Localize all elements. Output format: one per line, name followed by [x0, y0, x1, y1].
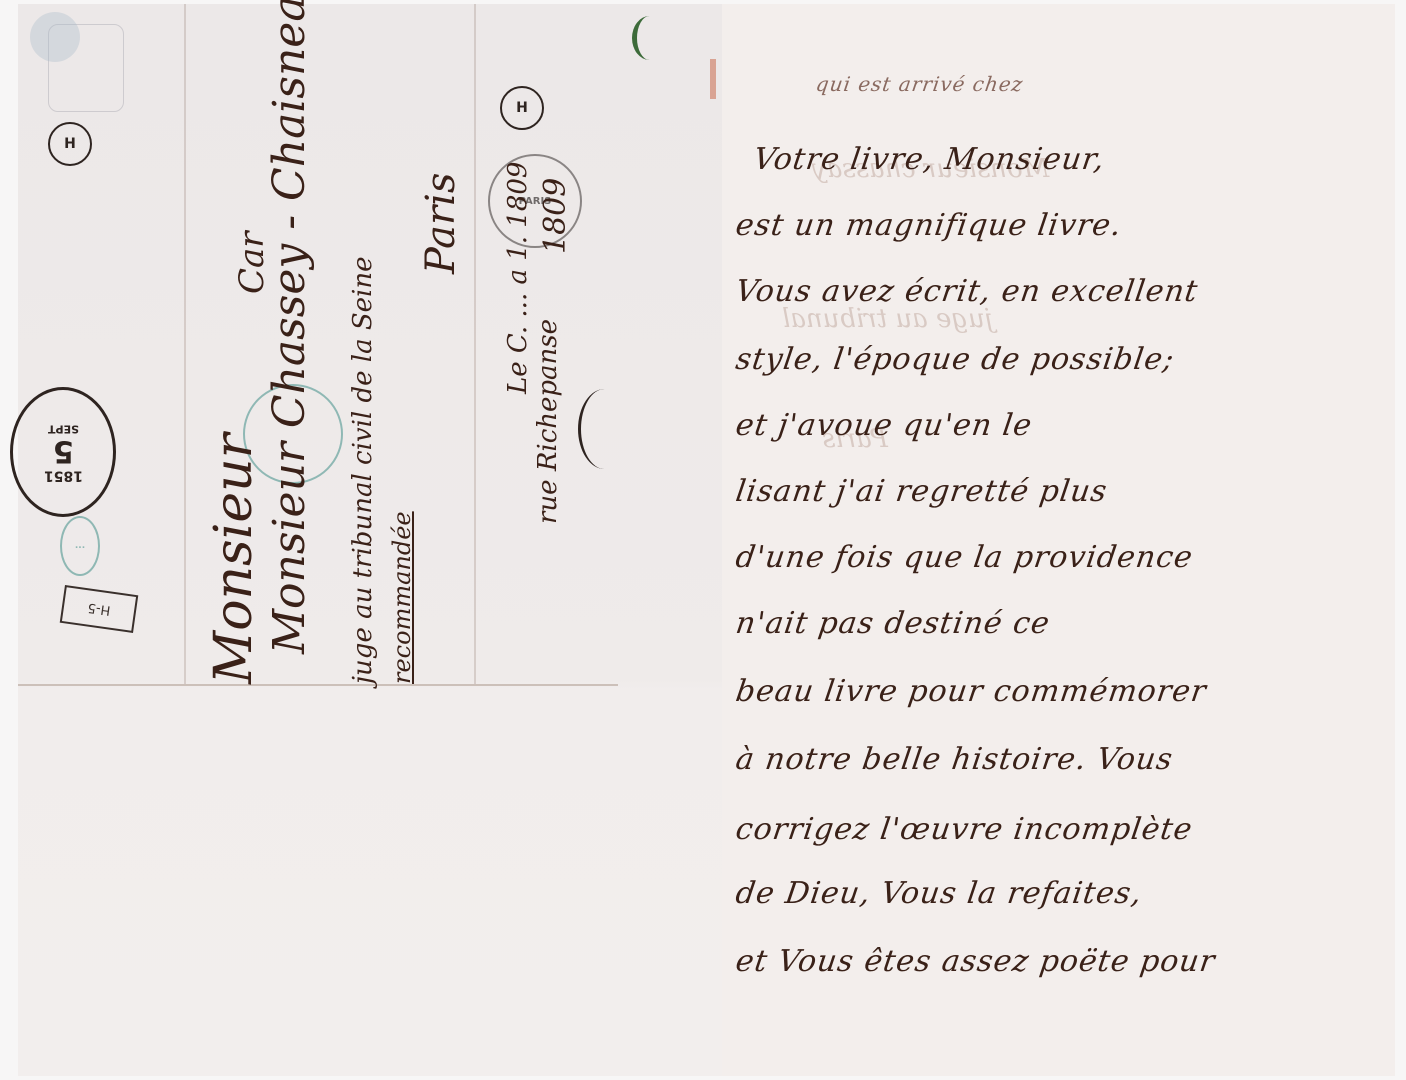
stamp-text: H-5 [87, 600, 112, 618]
oval-stamp-blue: ... [60, 516, 100, 576]
postmark-year: 1851 [44, 467, 83, 482]
partial-postmark [578, 389, 631, 469]
postmark-month: SEPT [48, 422, 79, 434]
fold-line [184, 4, 186, 684]
letter-line: et Vous êtes assez poëte pour [734, 944, 1218, 979]
fold-line [18, 684, 618, 686]
letter-line: n'ait pas destiné ce [734, 606, 1053, 641]
stamp-text: H [64, 136, 76, 152]
sender-street: rue Richepanse [533, 319, 563, 524]
postmark-day: 5 [53, 434, 74, 467]
stamp-text: ... [75, 541, 85, 551]
registered-note: recommandée [388, 511, 416, 684]
letter-line: d'une fois que la providence [734, 540, 1196, 575]
letter-line: à notre belle histoire. Vous [734, 742, 1176, 777]
letter-sheet: Monsieur chassay juge au tribunal Paris … [722, 4, 1395, 1076]
letter-line: beau livre pour commémorer [734, 674, 1209, 709]
letter-line: de Dieu, Vous la refaites, [734, 876, 1145, 911]
stamp-text: H [516, 100, 528, 116]
rectangular-stamp: H-5 [60, 585, 139, 633]
letter-line: style, l'époque de possible; [734, 342, 1177, 377]
wax-trace [710, 59, 716, 99]
postmark-round-small: H [48, 122, 92, 166]
green-seal-mark [632, 16, 667, 60]
header-note: qui est arrivé chez [814, 72, 1025, 96]
fold-line [474, 4, 476, 684]
sender-line: Le C. ... a 1. 1809 [503, 162, 533, 394]
address-salutation: Monsieur [204, 434, 264, 684]
letter-line: Votre livre, Monsieur, [752, 142, 1108, 177]
letter-line: corrigez l'œuvre incomplète [734, 812, 1195, 847]
postmark-round-mid: H [500, 86, 544, 130]
address-title: juge au tribunal civil de la Seine [348, 256, 378, 684]
postal-number: 1809 [538, 178, 573, 254]
letter-line: Vous avez écrit, en excellent [734, 274, 1201, 309]
letter-line: est un magnifique livre. [734, 208, 1125, 243]
date-postmark: 1851 5 SEPT [10, 387, 116, 517]
address-city: Paris [418, 173, 464, 274]
letter-line: et j'avoue qu'en le [734, 408, 1035, 443]
address-recipient: Monsieur Chassey - Chaisneau [264, 0, 315, 654]
letter-line: lisant j'ai regretté plus [734, 474, 1110, 509]
address-sheet: H 1851 5 SEPT ... H-5 Car Monsieur Monsi… [18, 4, 722, 1076]
ink-blot [30, 12, 80, 62]
